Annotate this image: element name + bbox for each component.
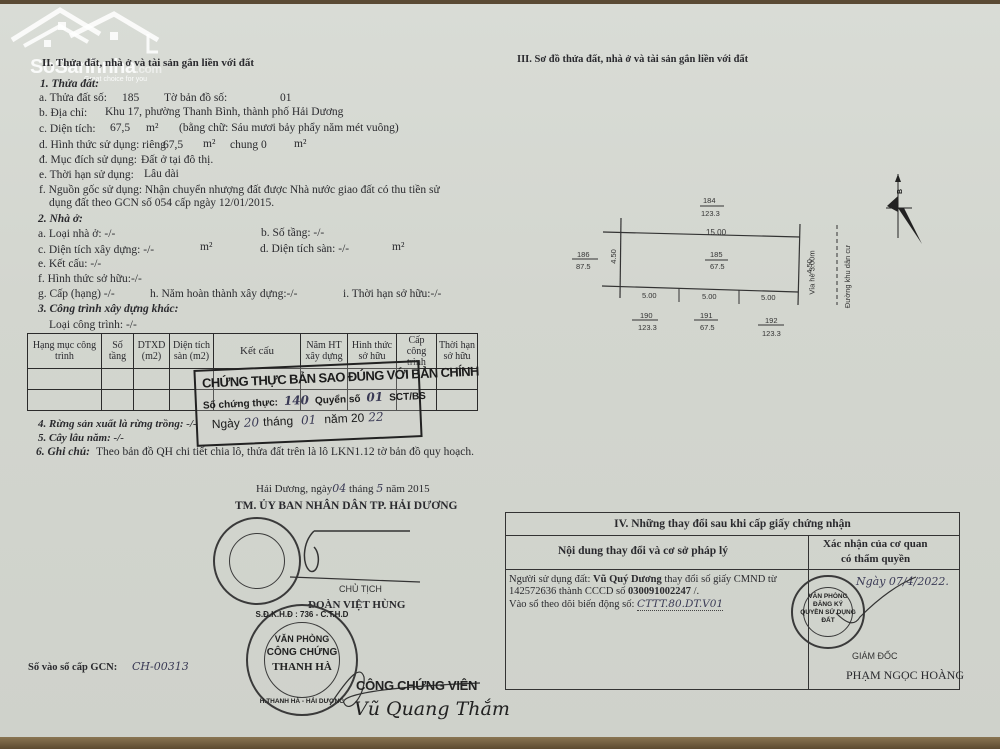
- parcel-191-area: 67.5: [700, 323, 715, 332]
- area-unit: m²: [146, 121, 158, 135]
- stamp-book-label: Quyển số: [315, 394, 361, 407]
- note-text: Theo bản đồ QH chi tiết chia lô, thửa đấ…: [96, 445, 474, 459]
- sidewalk-label: Vỉa hè 3.00m: [808, 250, 817, 294]
- stamp-month-label: tháng: [263, 414, 294, 429]
- parcel-186-id: 186: [577, 250, 590, 259]
- parcel-185-id: 185: [710, 250, 723, 259]
- usage-form-label: d. Hình thức sử dụng: riêng: [39, 138, 166, 152]
- director-name: PHẠM NGỌC HOÀNG: [846, 668, 964, 682]
- house-type: a. Loại nhà ở: -/-: [38, 227, 115, 241]
- land-heading: 1. Thửa đất:: [40, 77, 99, 91]
- stamp-book-number: 01: [366, 390, 383, 405]
- house-ownership-term: i. Thời hạn sở hữu:-/-: [343, 287, 441, 301]
- map-sheet-value: 01: [280, 91, 292, 105]
- usage-shared-value: 0: [261, 138, 267, 152]
- changes-col2-header-line1: Xác nhận của cơ quan: [823, 537, 928, 551]
- parcel-190-area: 123.3: [638, 323, 657, 332]
- stamp-cert-label: Số chứng thực:: [203, 397, 278, 411]
- parcel-192-id: 192: [765, 316, 778, 325]
- col-header-item: Hạng mục công trình: [28, 334, 102, 369]
- issue-month: 5: [376, 482, 383, 495]
- chairman-role: CHỦ TỊCH: [339, 584, 382, 594]
- table-surface: [0, 737, 1000, 749]
- stamp-cert-number: 140: [284, 393, 310, 408]
- entry-register-number: CTTT.80.DT.V01: [637, 598, 723, 611]
- changes-col2-header-line2: có thẩm quyền: [841, 552, 910, 566]
- dim-bottom-3: 5.00: [761, 293, 776, 302]
- map-sheet-label: Tờ bản đồ số:: [164, 91, 227, 105]
- city-committee-seal: [213, 517, 301, 605]
- col-header-structure: Kết cấu: [214, 334, 301, 369]
- stamp-day-label: Ngày: [212, 416, 241, 431]
- section-3-title: III. Sơ đồ thửa đất, nhà ở và tài sản gắ…: [517, 53, 748, 67]
- house-floor-area-unit: m²: [392, 240, 404, 254]
- dim-top: 15.00: [706, 228, 726, 237]
- house-floors: b. Số tầng: -/-: [261, 226, 324, 240]
- usage-private-value: 67,5: [163, 138, 183, 152]
- parcel-184-area: 123.3: [701, 209, 720, 218]
- notary-name: Vũ Quang Thắm: [354, 698, 510, 720]
- parcel-191-id: 191: [700, 311, 713, 320]
- col-header-dtxd: DTXD (m2): [134, 334, 170, 369]
- forest-line: 4. Rừng sản xuất là rừng trồng: -/-: [38, 417, 197, 431]
- house-building-area-unit: m²: [200, 240, 212, 254]
- area-label: c. Diện tích:: [39, 122, 96, 136]
- other-works-type: Loại công trình: -/-: [49, 318, 137, 332]
- parcel-190-id: 190: [640, 311, 653, 320]
- section-2-title: II. Thửa đất, nhà ở và tài sản gắn liền …: [42, 56, 254, 70]
- director-signature: [836, 573, 956, 633]
- gcn-entry-value: CH-00313: [132, 660, 189, 673]
- area-value: 67,5: [110, 121, 130, 135]
- issue-day: 04: [332, 482, 346, 495]
- origin-line-2: dụng đất theo GCN số 054 cấp ngày 12/01/…: [49, 196, 274, 210]
- address-label: b. Địa chỉ:: [39, 106, 87, 120]
- other-works-heading: 3. Công trình xây dựng khác:: [38, 302, 178, 316]
- parcel-186-area: 87.5: [576, 262, 591, 271]
- house-ownership-form: f. Hình thức sở hữu:-/-: [38, 272, 142, 286]
- parcel-number-label: a. Thửa đất số:: [39, 91, 107, 105]
- col-header-floors: Số tầng: [102, 334, 134, 369]
- term-label: e. Thời hạn sử dụng:: [39, 168, 134, 182]
- stamp-day: 20: [243, 415, 259, 430]
- purpose-label: đ. Mục đích sử dụng:: [39, 153, 137, 167]
- area-in-words: (bằng chữ: Sáu mươi bảy phẩy năm mét vuô…: [179, 121, 399, 135]
- north-label: B: [897, 189, 904, 194]
- parcel-number-value: 185: [122, 91, 139, 105]
- usage-private-unit: m²: [203, 137, 215, 151]
- parcel-184-id: 184: [703, 196, 716, 205]
- usage-shared-label: chung: [230, 138, 258, 152]
- place-date: Hải Dương, ngày04 tháng 5 năm 2015: [256, 482, 430, 496]
- change-entry: Người sử dụng đất: Vũ Quý Dương thay đổi…: [509, 574, 777, 611]
- parcel-192-area: 123.3: [762, 329, 781, 338]
- changes-col1-header: Nội dung thay đổi và cơ sở pháp lý: [558, 544, 728, 558]
- dim-bottom-1: 5.00: [642, 291, 657, 300]
- purpose-value: Đất ở tại đô thị.: [141, 153, 213, 167]
- col-header-floor-area: Diện tích sàn (m2): [170, 334, 214, 369]
- stamp-month: 01: [301, 413, 317, 428]
- entry-owner-name: Vũ Quý Dương: [593, 574, 662, 585]
- house-heading: 2. Nhà ở:: [38, 212, 83, 226]
- copy-certification-stamp: CHỨNG THỰC BẢN SAO ĐÚNG VỚI BẢN CHÍNH Số…: [193, 360, 422, 447]
- north-arrow-icon: [882, 172, 932, 252]
- gcn-entry-label: Số vào sổ cấp GCN:: [28, 661, 117, 675]
- changes-table: IV. Những thay đổi sau khi cấp giấy chứn…: [505, 512, 960, 690]
- house-building-area: c. Diện tích xây dựng: -/-: [38, 243, 154, 257]
- house-structure: e. Kết cấu: -/-: [38, 257, 101, 271]
- dim-left: 4.50: [609, 249, 618, 264]
- notary-seal-line1: VĂN PHÒNG: [248, 634, 356, 644]
- entry-cccd-number: 030091002247: [628, 586, 691, 597]
- usage-shared-unit: m²: [294, 137, 306, 151]
- section-4-title: IV. Những thay đổi sau khi cấp giấy chứn…: [506, 513, 959, 536]
- address-value: Khu 17, phường Thanh Bình, thành phố Hải…: [105, 105, 343, 119]
- house-completion-year: h. Năm hoàn thành xây dựng:-/-: [150, 287, 297, 301]
- notary-seal-top-text: S.Đ.K.H.Đ : 736 - C.T.H.D: [248, 610, 356, 619]
- note-label: 6. Ghi chú:: [36, 445, 90, 459]
- perennial-line: 5. Cây lâu năm: -/-: [38, 431, 124, 445]
- stamp-book-suffix: SCT/BS: [389, 391, 426, 404]
- stamp-year: 22: [368, 410, 384, 425]
- house-grade: g. Cấp (hạng) -/-: [38, 287, 115, 301]
- issuing-authority: TM. ỦY BAN NHÂN DÂN TP. HẢI DƯƠNG: [235, 499, 457, 513]
- road-label: Đường khu dân cư: [843, 245, 852, 308]
- notary-seal-line2: CÔNG CHỨNG: [248, 647, 356, 658]
- stamp-year-label: năm 20: [324, 411, 365, 427]
- director-role: GIÁM ĐỐC: [852, 651, 898, 661]
- term-value: Lâu dài: [144, 167, 179, 181]
- origin-line-1: f. Nguồn gốc sử dụng: Nhận chuyển nhượng…: [39, 183, 440, 197]
- house-floor-area: d. Diện tích sàn: -/-: [260, 242, 349, 256]
- parcel-185-area: 67.5: [710, 262, 725, 271]
- notary-title: CÔNG CHỨNG VIÊN: [356, 678, 477, 693]
- watermark-logo: SoSanhnha.com Great choice for you: [8, 6, 168, 86]
- dim-bottom-2: 5.00: [702, 292, 717, 301]
